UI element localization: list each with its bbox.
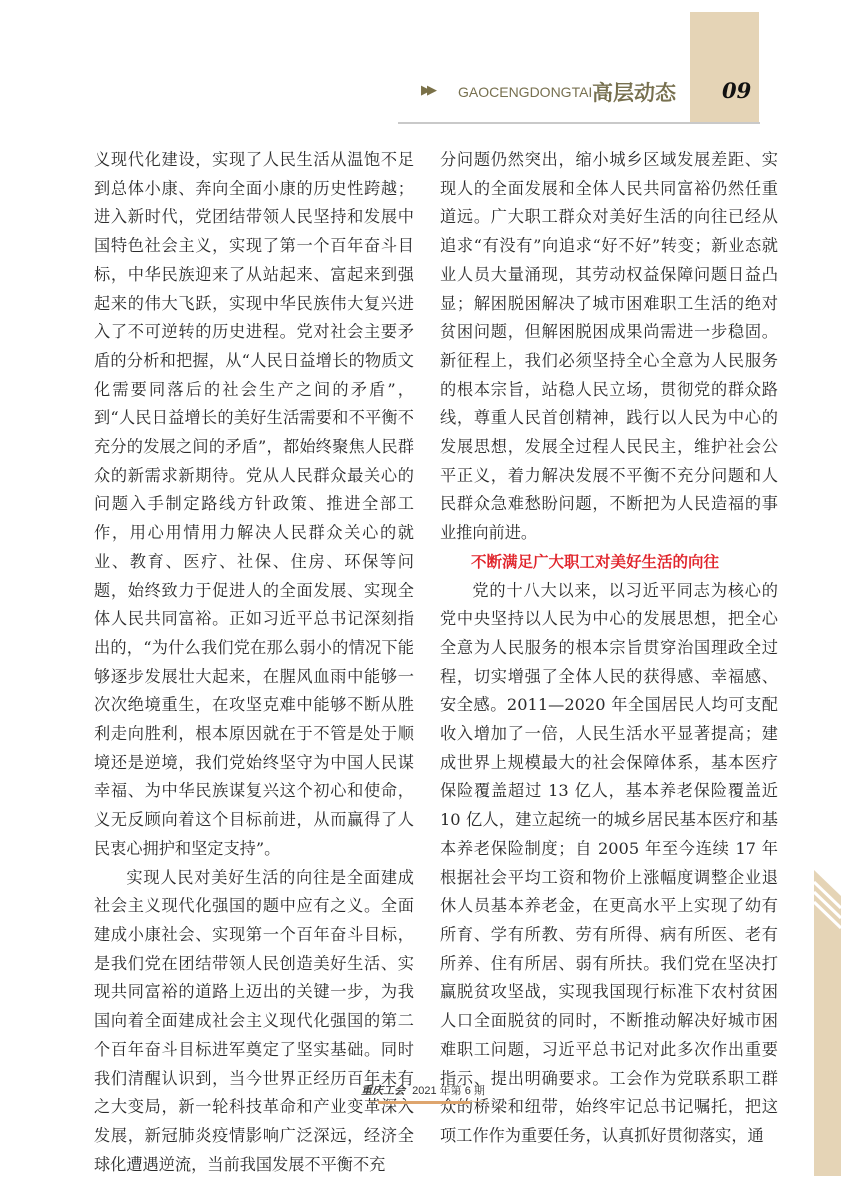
page-number: 09	[722, 78, 751, 103]
diagonal-stripes-icon	[814, 870, 841, 930]
magazine-name: 重庆工会	[361, 1084, 405, 1097]
right-column: 分问题仍然突出，缩小城乡区域发展差距、实现人的全面发展和全体人民共同富裕仍然任重…	[440, 146, 778, 1151]
body-paragraph: 分问题仍然突出，缩小城乡区域发展差距、实现人的全面发展和全体人民共同富裕仍然任重…	[440, 146, 778, 548]
double-arrow-right-icon: ▶▶	[421, 83, 433, 98]
page-number-box	[690, 12, 759, 123]
issue-label: 2021 年第 6 期	[412, 1085, 485, 1097]
header-divider	[398, 122, 760, 124]
body-paragraph: 实现人民对美好生活的向往是全面建成社会主义现代化强国的题中应有之义。全面建成小康…	[94, 864, 414, 1180]
side-decorative-stripe	[814, 870, 841, 1176]
section-title: 高层动态	[592, 77, 676, 107]
left-column: 义现代化建设，实现了人民生活从温饱不足到总体小康、奔向全面小康的历史性跨越；进入…	[94, 146, 414, 1179]
body-paragraph: 义现代化建设，实现了人民生活从温饱不足到总体小康、奔向全面小康的历史性跨越；进入…	[94, 146, 414, 864]
section-latin-title: GAOCENGDONGTAI	[458, 84, 592, 100]
footer: 重庆工会 2021 年第 6 期	[338, 1082, 508, 1098]
footer-rule	[378, 1101, 470, 1104]
body-paragraph: 党的十八大以来，以习近平同志为核心的党中央坚持以人民为中心的发展思想，把全心全意…	[440, 577, 778, 1151]
subheading: 不断满足广大职工对美好生活的向往	[440, 548, 778, 577]
